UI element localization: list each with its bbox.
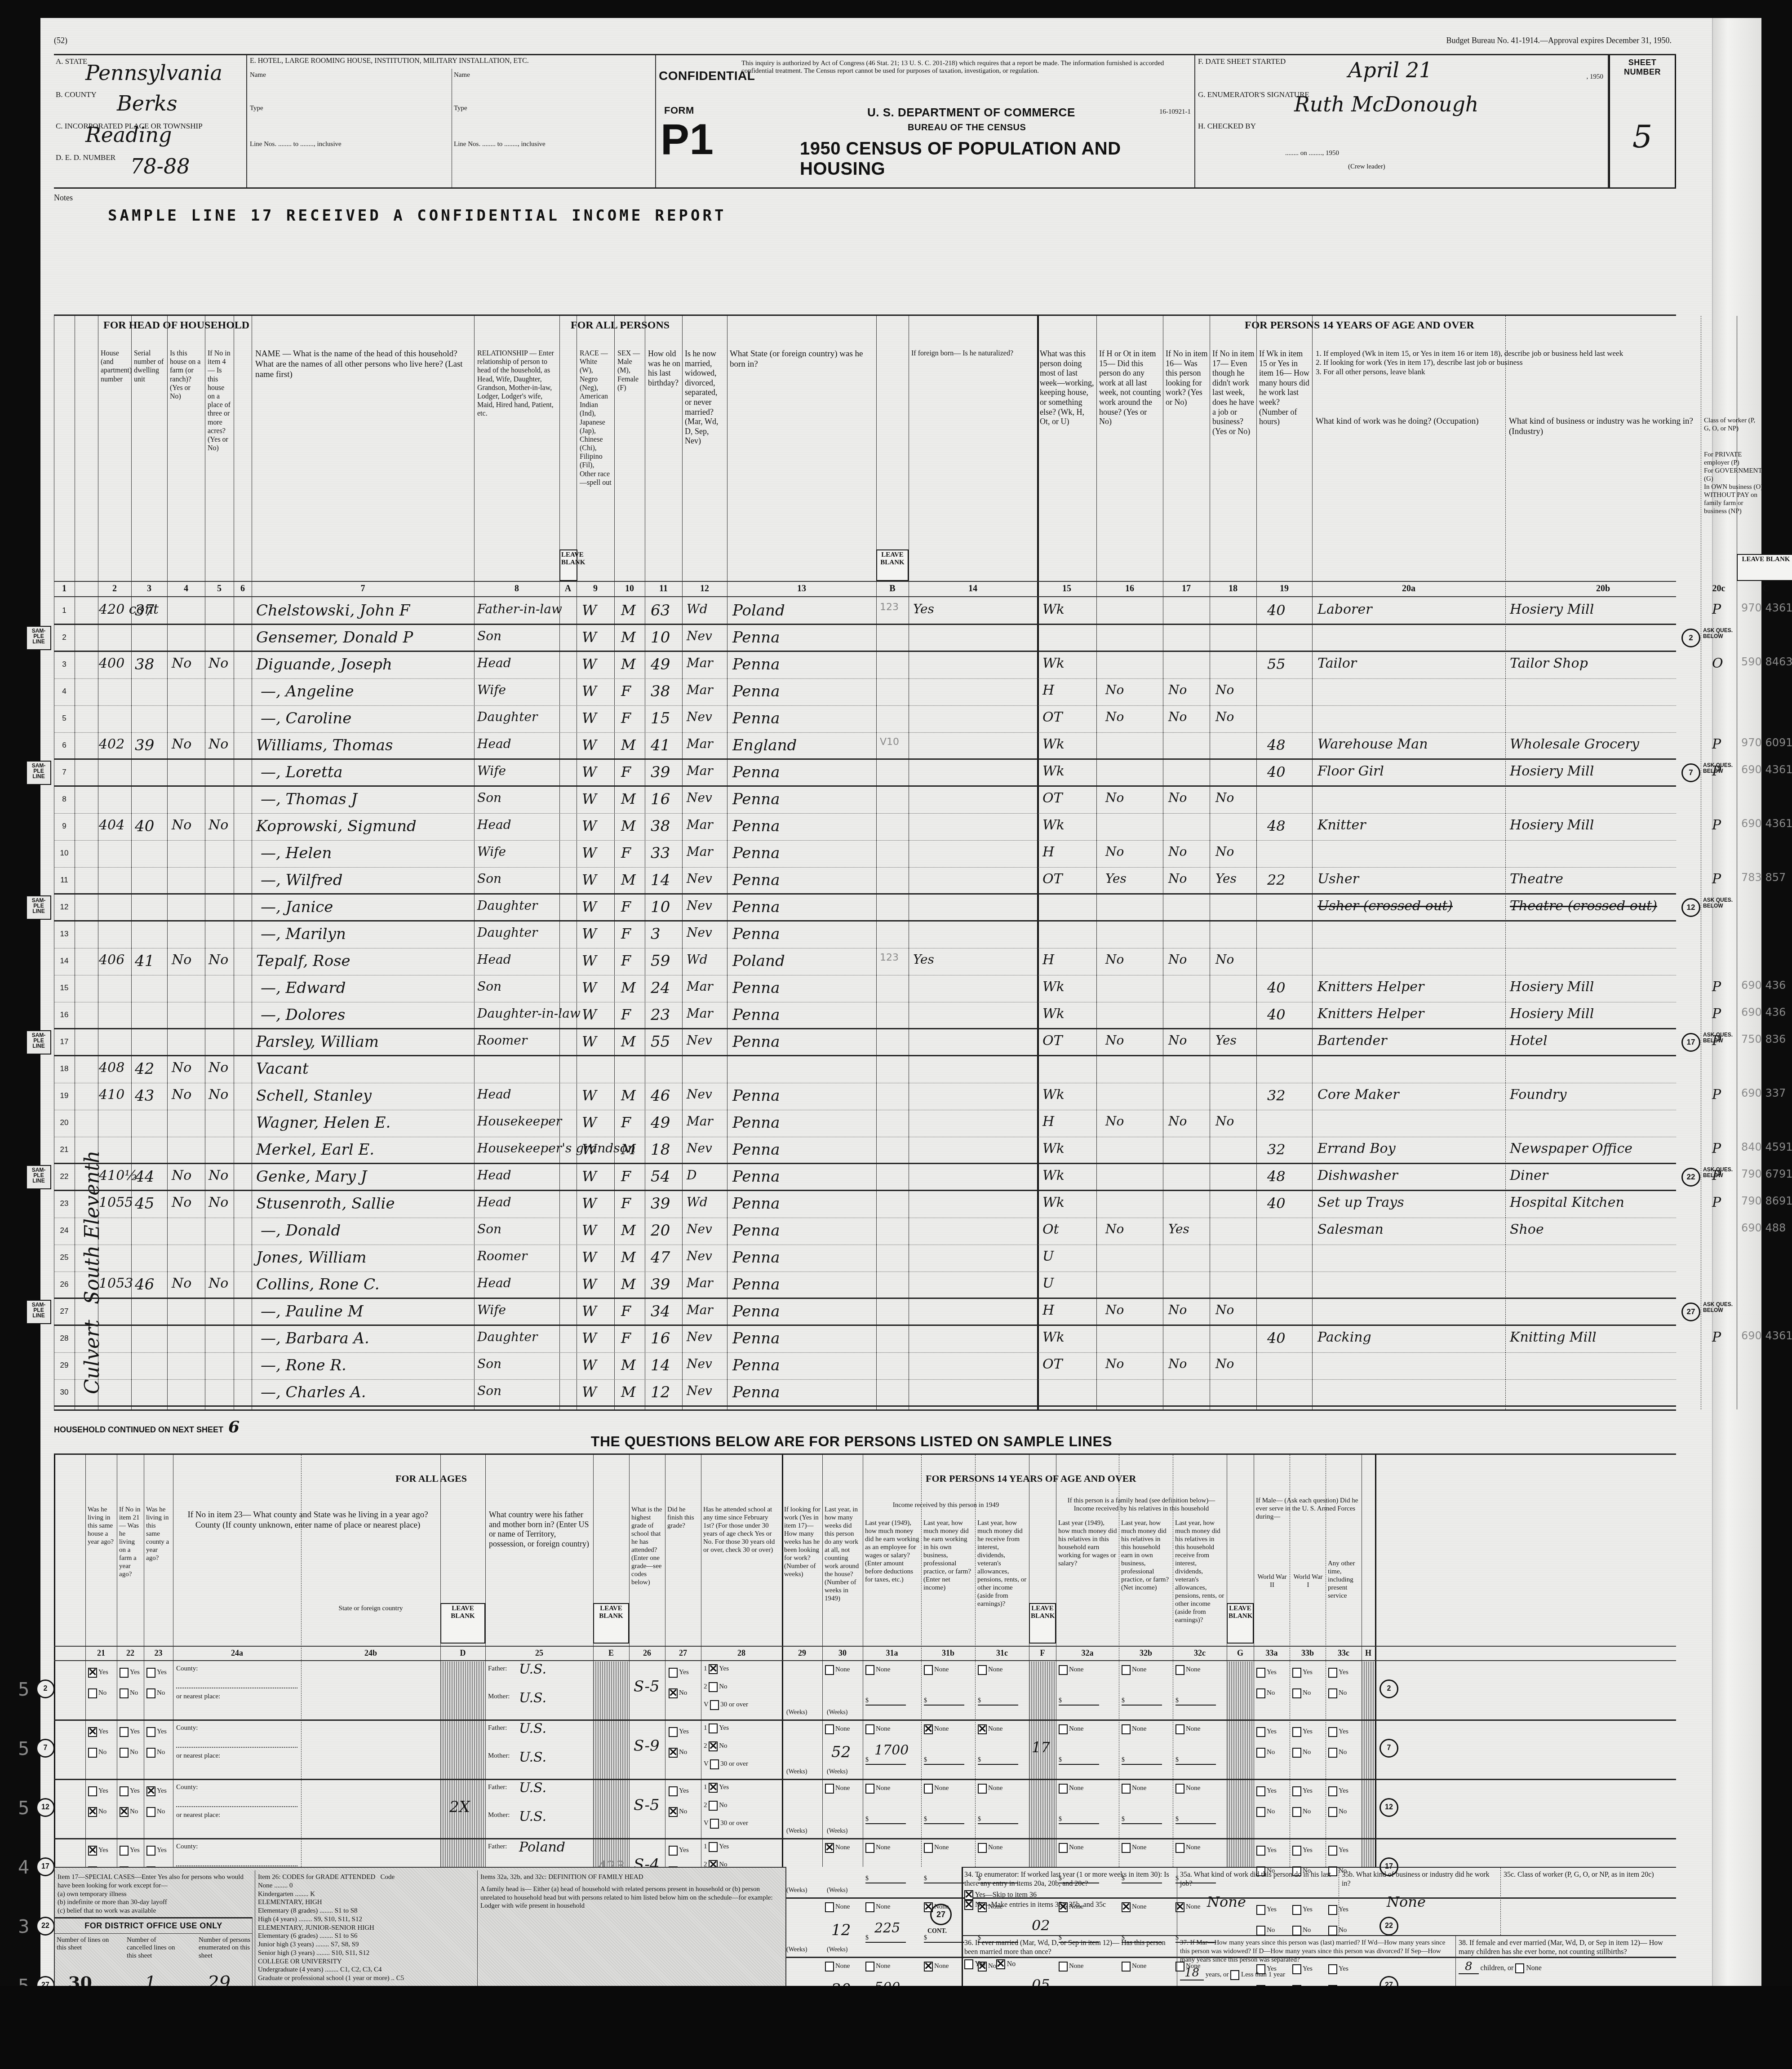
form-title-block: CONFIDENTIAL This inquiry is authorized … xyxy=(656,55,1195,187)
person-name: —, Edward xyxy=(261,979,346,997)
q33c-no[interactable]: No xyxy=(1328,1748,1347,1758)
sample-line-circle-right: 12 xyxy=(1379,1798,1398,1817)
q35a-answer: None xyxy=(1207,1893,1336,1911)
has-job: Yes xyxy=(1215,1033,1237,1048)
activity-last-week: Wk xyxy=(1042,763,1065,779)
age: 33 xyxy=(651,844,670,862)
q27-no[interactable]: No xyxy=(669,1748,687,1758)
q32a-none[interactable]: None xyxy=(1059,1784,1084,1794)
q22-yes[interactable]: Yes xyxy=(120,1727,140,1737)
q32a-none-checkbox[interactable] xyxy=(1059,1665,1068,1675)
q23-no[interactable]: No xyxy=(146,1688,165,1698)
q30-none-checkbox[interactable] xyxy=(825,1902,834,1912)
relationship: Son xyxy=(477,629,501,643)
q23-yes-checkbox[interactable] xyxy=(146,1727,155,1737)
q32a-none[interactable]: None xyxy=(1059,1665,1084,1675)
nearest-place-label: or nearest place: xyxy=(176,1693,220,1701)
farm-answer: No xyxy=(172,952,191,968)
q23-yes[interactable]: Yes xyxy=(146,1727,167,1737)
q28-no-checkbox[interactable] xyxy=(709,1741,718,1751)
q33a-no-checkbox[interactable] xyxy=(1256,1748,1265,1758)
q30-none-checkbox[interactable] xyxy=(825,1724,834,1734)
q32b-none[interactable]: None xyxy=(1122,1665,1147,1675)
q32c-none-checkbox[interactable] xyxy=(1175,1724,1184,1734)
q31a-none-checkbox[interactable] xyxy=(865,1902,874,1912)
q33c-yes[interactable]: Yes xyxy=(1328,1846,1348,1856)
q21-yes-checkbox[interactable] xyxy=(88,1668,97,1678)
has-job: No xyxy=(1215,682,1234,697)
q32b-none-checkbox[interactable] xyxy=(1122,1784,1131,1794)
q33c-no[interactable]: No xyxy=(1328,1688,1347,1698)
q22-yes-checkbox[interactable] xyxy=(120,1786,129,1796)
q28-yes-checkbox[interactable] xyxy=(709,1783,718,1793)
q33a-no-checkbox[interactable] xyxy=(1256,1688,1265,1698)
q28-30-or-over[interactable]: V 30 or over xyxy=(704,1700,748,1710)
q23-yes[interactable]: Yes xyxy=(146,1846,167,1856)
q33a-yes-checkbox[interactable] xyxy=(1256,1786,1265,1796)
q23-yes[interactable]: Yes xyxy=(146,1668,167,1678)
q32b-none-checkbox[interactable] xyxy=(1122,1665,1131,1675)
q21-no[interactable]: No xyxy=(88,1807,106,1817)
q27-no[interactable]: No xyxy=(669,1807,687,1817)
sample-line-circle: 12 xyxy=(1681,898,1700,917)
q33a-yes[interactable]: Yes xyxy=(1256,1668,1277,1678)
q33c-no-checkbox[interactable] xyxy=(1328,1688,1337,1698)
none-label: None xyxy=(835,1725,850,1732)
line-number: 21 xyxy=(54,1145,75,1154)
person-name: Parsley, William xyxy=(256,1033,379,1051)
sex: M xyxy=(621,979,636,996)
q32c-none-checkbox[interactable] xyxy=(1175,1784,1184,1794)
q31a-none[interactable]: None xyxy=(865,1724,891,1734)
race: W xyxy=(582,1141,597,1158)
q32a-none[interactable]: None xyxy=(1059,1843,1084,1853)
q30-none-checkbox[interactable] xyxy=(825,1784,834,1794)
q33c-yes-checkbox[interactable] xyxy=(1328,1846,1337,1856)
q32a-none-checkbox[interactable] xyxy=(1059,1843,1068,1853)
q22-no-checkbox[interactable] xyxy=(120,1807,129,1817)
leave-blank-b-code: 123 xyxy=(880,602,899,613)
race: W xyxy=(582,656,597,673)
q27-no-checkbox[interactable] xyxy=(669,1748,678,1758)
q33b-no[interactable]: No xyxy=(1292,1688,1311,1698)
q28-no-checkbox[interactable] xyxy=(709,1801,718,1811)
yes-label: Yes xyxy=(1339,1728,1348,1735)
sample-line-circle: 2 xyxy=(1681,629,1700,647)
q31b-none[interactable]: None xyxy=(924,1843,949,1853)
q33c-yes[interactable]: Yes xyxy=(1328,1786,1348,1796)
q33b-no[interactable]: No xyxy=(1292,1807,1311,1817)
birthplace: Penna xyxy=(732,1356,780,1374)
q28-no[interactable]: 2 No xyxy=(704,1741,727,1751)
q30-none-checkbox[interactable] xyxy=(825,1962,834,1972)
marital-status: Nev xyxy=(687,1222,712,1236)
none-label: None xyxy=(988,1666,1003,1673)
q28-yes[interactable]: 1 Yes xyxy=(704,1664,729,1674)
yes-label: Yes xyxy=(1303,1787,1313,1794)
q32c-none-checkbox[interactable] xyxy=(1175,1843,1184,1853)
q32b-none-checkbox[interactable] xyxy=(1122,1724,1131,1734)
q33c-yes-checkbox[interactable] xyxy=(1328,1668,1337,1678)
yes-label: Yes xyxy=(130,1847,140,1854)
q33a-yes[interactable]: Yes xyxy=(1256,1786,1277,1796)
q32c-none[interactable]: None xyxy=(1175,1724,1201,1734)
q22-yes[interactable]: Yes xyxy=(120,1668,140,1678)
q31c-none[interactable]: None xyxy=(978,1784,1003,1794)
q22-yes-checkbox[interactable] xyxy=(120,1668,129,1678)
q23-yes-checkbox[interactable] xyxy=(146,1668,155,1678)
q33c-yes-checkbox[interactable] xyxy=(1328,1786,1337,1796)
q21-no-checkbox[interactable] xyxy=(88,1748,97,1758)
q22-yes-checkbox[interactable] xyxy=(120,1846,129,1856)
weeks-label-29: (Weeks) xyxy=(786,1828,807,1835)
acres-answer: No xyxy=(208,656,228,671)
age: 41 xyxy=(651,736,670,754)
q31a-none[interactable]: None xyxy=(865,1784,891,1794)
q33b-yes[interactable]: Yes xyxy=(1292,1846,1313,1856)
q33a-yes-checkbox[interactable] xyxy=(1256,1727,1265,1737)
opt-num: 2 xyxy=(704,1802,709,1809)
q22-no-checkbox[interactable] xyxy=(120,1748,129,1758)
q28-yes[interactable]: 1 Yes xyxy=(704,1723,729,1733)
q31b-none[interactable]: None xyxy=(924,1665,949,1675)
q31b-none[interactable]: None xyxy=(924,1962,949,1972)
table-row: 340038NoNoDiguande, JosephHeadWM49MarPen… xyxy=(54,652,1676,679)
q27-yes[interactable]: Yes xyxy=(669,1846,689,1856)
thirty-or-over-label: 30 or over xyxy=(720,1701,748,1708)
q33c-yes-checkbox[interactable] xyxy=(1328,1727,1337,1737)
q28-30-or-over[interactable]: V 30 or over xyxy=(704,1819,748,1829)
none-label: None xyxy=(835,1963,850,1970)
relationship: Wife xyxy=(477,1303,506,1317)
county-line[interactable] xyxy=(176,1747,297,1748)
county-line[interactable] xyxy=(176,1688,297,1688)
sex: F xyxy=(621,844,631,861)
q31c-none[interactable]: None xyxy=(978,1843,1003,1853)
line-number: 6 xyxy=(54,741,75,750)
q21-yes[interactable]: Yes xyxy=(88,1668,108,1678)
sex: M xyxy=(621,1222,636,1239)
q21-yes-checkbox[interactable] xyxy=(88,1727,97,1737)
q31a-none-checkbox[interactable] xyxy=(865,1665,874,1675)
q22-no[interactable]: No xyxy=(120,1688,138,1698)
q31b-none-checkbox[interactable] xyxy=(924,1843,933,1853)
q23-yes-checkbox[interactable] xyxy=(146,1786,155,1796)
q30-none[interactable]: None xyxy=(825,1724,850,1734)
age: 38 xyxy=(651,817,670,835)
activity-last-week: Wk xyxy=(1042,1329,1065,1345)
marital-status: Wd xyxy=(687,602,708,616)
table-row: 20Wagner, Helen E.HousekeeperWF49MarPenn… xyxy=(54,1110,1676,1137)
q28-30-or-over-checkbox[interactable] xyxy=(710,1700,719,1710)
q31c-none[interactable]: None xyxy=(978,1665,1003,1675)
q31a-none[interactable]: None xyxy=(865,1665,891,1675)
q33b-yes[interactable]: Yes xyxy=(1292,1668,1313,1678)
q32a-none-checkbox[interactable] xyxy=(1059,1784,1068,1794)
q31a-none[interactable]: None xyxy=(865,1962,891,1972)
line-number: 17 xyxy=(54,1037,75,1046)
section-head-of-household: FOR HEAD OF HOUSEHOLD xyxy=(103,319,249,332)
q30-none[interactable]: None xyxy=(825,1665,850,1675)
q33a-no-checkbox[interactable] xyxy=(1256,1807,1265,1817)
yes-label: Yes xyxy=(98,1669,108,1676)
q32a-none[interactable]: None xyxy=(1059,1724,1084,1734)
sex: F xyxy=(621,898,631,915)
q22-no[interactable]: No xyxy=(120,1807,138,1817)
marital-status: Mar xyxy=(687,979,713,994)
q21-yes-checkbox[interactable] xyxy=(88,1786,97,1796)
relationship: Housekeeper's grandson xyxy=(477,1141,635,1156)
q22-no[interactable]: No xyxy=(120,1748,138,1758)
q33b-no[interactable]: No xyxy=(1292,1748,1311,1758)
table-row: 30—, Charles A.SonWM12NevPenna xyxy=(54,1380,1676,1407)
q31a-none-checkbox[interactable] xyxy=(865,1784,874,1794)
q31c-none[interactable]: None xyxy=(978,1724,1003,1734)
no-label: No xyxy=(1303,1808,1311,1815)
q28-yes[interactable]: 1 Yes xyxy=(704,1842,729,1852)
q33b-yes[interactable]: Yes xyxy=(1292,1727,1313,1737)
for-14-head: FOR PERSONS 14 YEARS OF AGE AND OVER xyxy=(926,1473,1136,1484)
q30-none[interactable]: None xyxy=(825,1962,850,1972)
q30-none[interactable]: None xyxy=(825,1902,850,1912)
sex: M xyxy=(621,1249,636,1266)
relationship: Daughter xyxy=(477,925,537,940)
q28-yes[interactable]: 1 Yes xyxy=(704,1783,729,1793)
q33c-yes[interactable]: Yes xyxy=(1328,1668,1348,1678)
q33c-no-checkbox[interactable] xyxy=(1328,1807,1337,1817)
q27-no[interactable]: No xyxy=(669,1688,687,1698)
q33c-no-checkbox[interactable] xyxy=(1328,1748,1337,1758)
q22-yes[interactable]: Yes xyxy=(120,1786,140,1796)
sample-line-circle-right: 2 xyxy=(1379,1679,1398,1698)
q31a-none-checkbox[interactable] xyxy=(865,1962,874,1972)
q32b-none[interactable]: None xyxy=(1122,1843,1147,1853)
sex: F xyxy=(621,1114,631,1131)
birthplace: Penna xyxy=(732,1114,780,1132)
q28-yes-checkbox[interactable] xyxy=(709,1664,718,1674)
q28-yes-checkbox[interactable] xyxy=(709,1842,718,1852)
q31a-dollar: $ xyxy=(865,1697,906,1706)
q33a-yes-checkbox[interactable] xyxy=(1256,1668,1265,1678)
q31b-none-checkbox[interactable] xyxy=(924,1724,933,1734)
q27-yes-checkbox[interactable] xyxy=(669,1846,678,1856)
hours-worked: 40 xyxy=(1267,1006,1286,1023)
q31b-none[interactable]: None xyxy=(924,1724,949,1734)
marital-status: Nev xyxy=(687,925,712,940)
looking-for-work: No xyxy=(1168,790,1187,805)
q27-yes[interactable]: Yes xyxy=(669,1668,689,1678)
q28-30-or-over-checkbox[interactable] xyxy=(710,1759,719,1769)
q31b-none-checkbox[interactable] xyxy=(924,1784,933,1794)
q23-no-checkbox[interactable] xyxy=(146,1807,155,1817)
age: 38 xyxy=(651,682,670,700)
q30-none[interactable]: None xyxy=(825,1784,850,1794)
activity-last-week: Wk xyxy=(1042,736,1065,752)
q28-yes-checkbox[interactable] xyxy=(709,1723,718,1733)
q32b-dollar: $ xyxy=(1122,1697,1162,1706)
q27-yes-checkbox[interactable] xyxy=(669,1668,678,1678)
table-row: 11—, WilfredSonWM14NevPennaOTYesNoYes22U… xyxy=(54,868,1676,895)
sample-line-circle-right: 7 xyxy=(1379,1739,1398,1758)
q37-less-checkbox[interactable] xyxy=(1230,1970,1239,1980)
marital-status: D xyxy=(687,1168,696,1183)
sample-line-tag: SAM-PLE LINE xyxy=(26,761,51,785)
q30-none[interactable]: None xyxy=(825,1843,850,1853)
q31c-none-checkbox[interactable] xyxy=(978,1724,987,1734)
q32c-none[interactable]: None xyxy=(1175,1665,1201,1675)
race: W xyxy=(582,1276,597,1293)
q31a-none[interactable]: None xyxy=(865,1843,891,1853)
dwelling-serial: 42 xyxy=(135,1060,154,1078)
q23-yes[interactable]: Yes xyxy=(146,1786,167,1796)
activity-last-week: OT xyxy=(1042,709,1063,725)
q30-none-checkbox[interactable] xyxy=(825,1843,834,1853)
q31c-none-checkbox[interactable] xyxy=(978,1843,987,1853)
sex: M xyxy=(621,602,636,619)
ask-questions-below: ASK QUES. BELOW xyxy=(1703,897,1734,908)
marital-status: Nev xyxy=(687,1383,712,1398)
class-of-worker: P xyxy=(1712,1168,1721,1183)
q31c-none-checkbox[interactable] xyxy=(978,1784,987,1794)
yes-label: Yes xyxy=(98,1847,108,1854)
q33b-no-checkbox[interactable] xyxy=(1292,1807,1301,1817)
occupation: Errand Boy xyxy=(1317,1141,1396,1156)
line-number: 14 xyxy=(54,957,75,966)
county-label: County: xyxy=(176,1784,198,1791)
activity-last-week: H xyxy=(1042,682,1054,698)
race: W xyxy=(582,1329,597,1347)
bottom-questions: 27 CONT. 34. To enumerator: If worked la… xyxy=(962,1867,1676,2002)
q32c-none[interactable]: None xyxy=(1175,1784,1201,1794)
q23-no-checkbox[interactable] xyxy=(146,1688,155,1698)
race: W xyxy=(582,1114,597,1131)
q21-no-checkbox[interactable] xyxy=(88,1688,97,1698)
q33a-yes[interactable]: Yes xyxy=(1256,1846,1277,1856)
q27-yes[interactable]: Yes xyxy=(669,1727,689,1737)
q31b-none-checkbox[interactable] xyxy=(924,1665,933,1675)
q22-yes-checkbox[interactable] xyxy=(120,1727,129,1737)
county-line[interactable] xyxy=(176,1865,297,1866)
q27-yes[interactable]: Yes xyxy=(669,1786,689,1796)
q36-yes-checkbox[interactable] xyxy=(964,1959,973,1969)
hours-worked: 40 xyxy=(1267,763,1286,780)
industry-code: 690 436 xyxy=(1741,1006,1786,1019)
q33b-yes-checkbox[interactable] xyxy=(1292,1846,1301,1856)
q33a-no[interactable]: No xyxy=(1256,1688,1275,1698)
industry-code: 690 337 xyxy=(1741,1087,1786,1099)
q23-yes-checkbox[interactable] xyxy=(146,1846,155,1856)
q31c-dollar: $ xyxy=(978,1757,1018,1765)
person-name: —, Marilyn xyxy=(261,925,346,943)
nearest-place-label: or nearest place: xyxy=(176,1752,220,1760)
occupation: Knitters Helper xyxy=(1317,979,1424,995)
q21-no[interactable]: No xyxy=(88,1688,106,1698)
q33a-yes[interactable]: Yes xyxy=(1256,1727,1277,1737)
county-line[interactable] xyxy=(176,1806,297,1807)
q31a-none[interactable]: None xyxy=(865,1902,891,1912)
q27-yes-checkbox[interactable] xyxy=(669,1786,678,1796)
farm-answer: No xyxy=(172,656,191,671)
relationship: Daughter xyxy=(477,709,537,724)
relationship: Head xyxy=(477,736,511,751)
birthplace: Penna xyxy=(732,1168,780,1186)
race: W xyxy=(582,1168,597,1185)
q33a-no[interactable]: No xyxy=(1256,1807,1275,1817)
q32b-none[interactable]: None xyxy=(1122,1724,1147,1734)
mother-label: Mother: xyxy=(488,1812,510,1819)
father-label: Father: xyxy=(488,1665,507,1673)
q28-30-or-over[interactable]: V 30 or over xyxy=(704,1759,748,1769)
q21-yes-checkbox[interactable] xyxy=(88,1846,97,1856)
q22-yes[interactable]: Yes xyxy=(120,1846,140,1856)
q21-no[interactable]: No xyxy=(88,1748,106,1758)
q28-no-checkbox[interactable] xyxy=(709,1682,718,1692)
yes-label: Yes xyxy=(679,1728,689,1735)
q33c-yes[interactable]: Yes xyxy=(1328,1727,1348,1737)
q23-no[interactable]: No xyxy=(146,1748,165,1758)
q32b-none-checkbox[interactable] xyxy=(1122,1843,1131,1853)
q32b-none[interactable]: None xyxy=(1122,1784,1147,1794)
q32c-none[interactable]: None xyxy=(1175,1843,1201,1853)
q33b-no-checkbox[interactable] xyxy=(1292,1688,1301,1698)
q31a-none-checkbox[interactable] xyxy=(865,1843,874,1853)
q27-no-checkbox[interactable] xyxy=(669,1688,678,1698)
q28-no[interactable]: 2 No xyxy=(704,1801,727,1811)
q31c-none-checkbox[interactable] xyxy=(978,1665,987,1675)
q30-none-checkbox[interactable] xyxy=(825,1665,834,1675)
table-row: 640239NoNoWilliams, ThomasHeadWM41MarEng… xyxy=(54,733,1676,760)
q33a-no[interactable]: No xyxy=(1256,1748,1275,1758)
q22-no-checkbox[interactable] xyxy=(120,1688,129,1698)
q23-no-checkbox[interactable] xyxy=(146,1748,155,1758)
q21-yes[interactable]: Yes xyxy=(88,1846,108,1856)
q36-no-checkbox[interactable] xyxy=(996,1959,1005,1969)
q31b-none-checkbox[interactable] xyxy=(924,1962,933,1972)
wage-income: 225 xyxy=(874,1920,900,1936)
q27-yes-checkbox[interactable] xyxy=(669,1727,678,1737)
line-number: 2 xyxy=(54,633,75,642)
q27-no-checkbox[interactable] xyxy=(669,1807,678,1817)
race: W xyxy=(582,817,597,834)
person-name: Williams, Thomas xyxy=(256,736,393,754)
q38-none-checkbox[interactable] xyxy=(1515,1963,1524,1973)
q21-no-checkbox[interactable] xyxy=(88,1807,97,1817)
q33c-no[interactable]: No xyxy=(1328,1807,1347,1817)
q33b-yes-checkbox[interactable] xyxy=(1292,1727,1301,1737)
q23-no[interactable]: No xyxy=(146,1807,165,1817)
q33b-yes-checkbox[interactable] xyxy=(1292,1668,1301,1678)
age: 3 xyxy=(651,925,661,943)
worked-last-week: No xyxy=(1105,844,1124,859)
class-of-worker: P xyxy=(1712,1033,1721,1049)
q31b-none[interactable]: None xyxy=(924,1784,949,1794)
q28-no[interactable]: 2 No xyxy=(704,1682,727,1692)
q33b-no-checkbox[interactable] xyxy=(1292,1748,1301,1758)
q31a-none-checkbox[interactable] xyxy=(865,1724,874,1734)
q21-yes[interactable]: Yes xyxy=(88,1786,108,1796)
q33a-yes-checkbox[interactable] xyxy=(1256,1846,1265,1856)
q28-30-or-over-checkbox[interactable] xyxy=(710,1819,719,1829)
q32c-none-checkbox[interactable] xyxy=(1175,1665,1184,1675)
q33b-yes-checkbox[interactable] xyxy=(1292,1786,1301,1796)
q34-no-checkbox[interactable] xyxy=(964,1900,973,1910)
q21-yes[interactable]: Yes xyxy=(88,1727,108,1737)
occupation: Packing xyxy=(1317,1329,1371,1345)
q33b-yes[interactable]: Yes xyxy=(1292,1786,1313,1796)
has-job: No xyxy=(1215,1114,1234,1129)
q32a-none-checkbox[interactable] xyxy=(1059,1724,1068,1734)
q31a-dollar: $ xyxy=(865,1816,906,1824)
